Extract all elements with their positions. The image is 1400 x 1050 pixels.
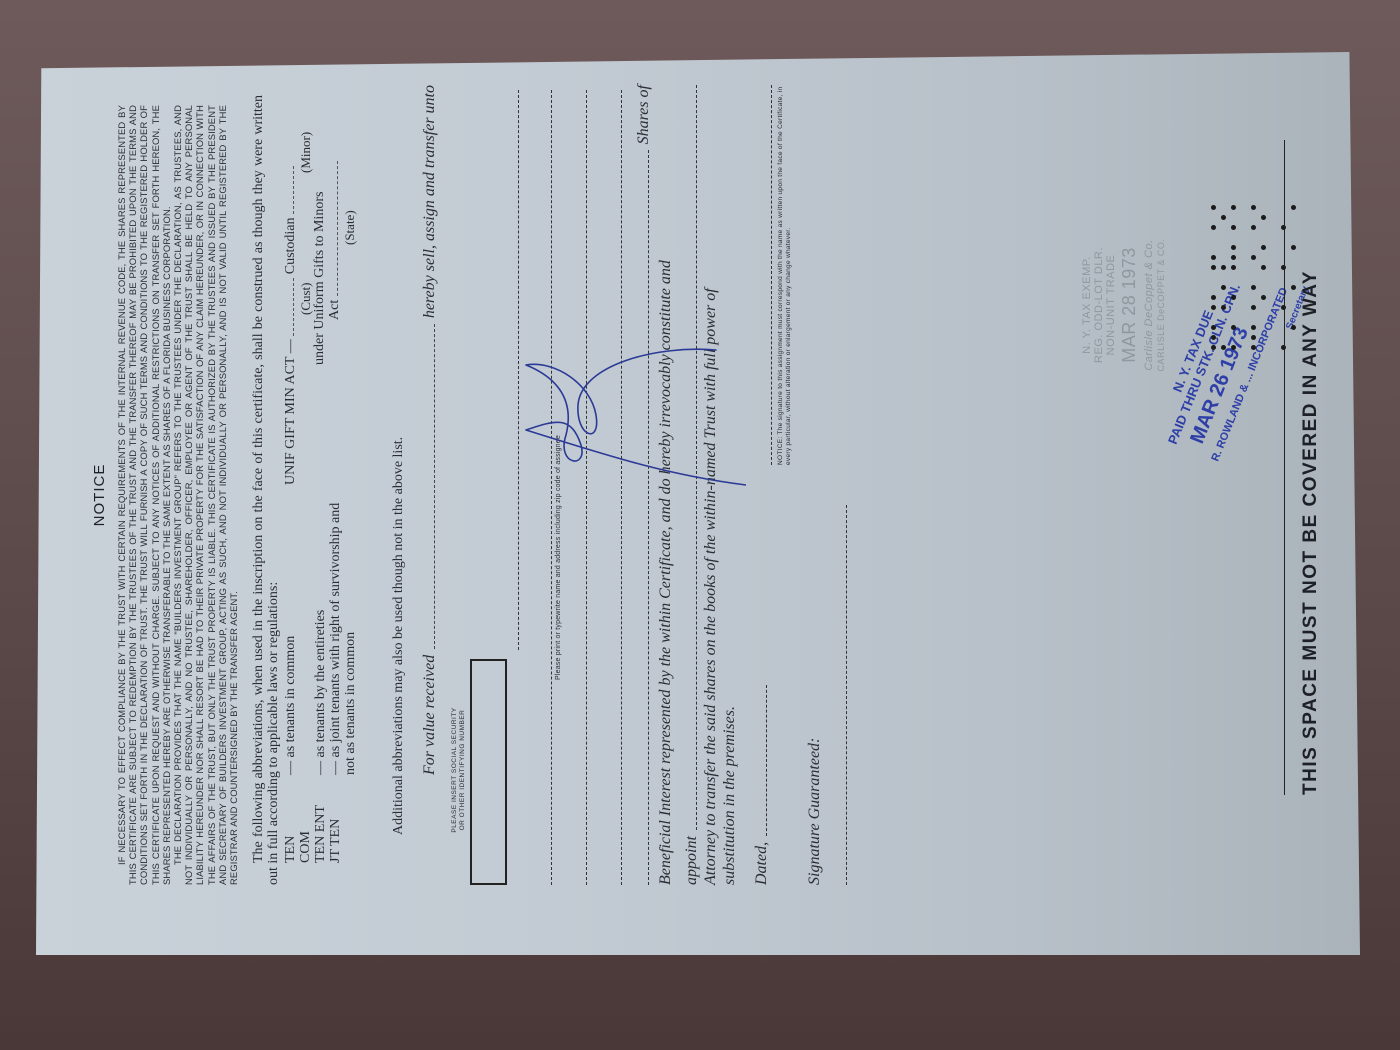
ssn-section: PLEASE INSERT SOCIAL SECURITY OR OTHER I… (451, 655, 507, 885)
signature-notice: NOTICE: The signature to this assignment… (777, 85, 793, 465)
notice-paragraph-2: The Declaration provides that the name "… (172, 105, 239, 885)
guarantor-signature-line[interactable] (846, 505, 847, 885)
ssn-label-1: PLEASE INSERT SOCIAL SECURITY (451, 655, 459, 885)
dated-field[interactable] (766, 685, 767, 836)
stamp-line: NON-UNIT TRADE (1105, 175, 1117, 435)
for-value-label: For value received (421, 655, 439, 775)
abbreviation-meaning: — as tenants in common (283, 485, 313, 801)
abbreviations-table: TEN COM — as tenants in common TEN ENT —… (283, 95, 358, 885)
unif-gift-label: UNIF GIFT MIN ACT — (283, 339, 298, 485)
appoint-label: appoint (683, 836, 701, 885)
stamp-line: N. Y. TAX EXEMP. (1081, 175, 1093, 435)
notice-title: NOTICE (91, 105, 108, 885)
ssn-label-2: OR OTHER IDENTIFYING NUMBER (459, 655, 467, 885)
notice-section: NOTICE If necessary to effect compliance… (91, 105, 239, 885)
abbreviation-code: TEN COM (283, 801, 313, 885)
abbreviation-row: JT TEN — as joint tenants with right of … (328, 485, 358, 885)
dated-label: Dated, (753, 842, 771, 885)
space-warning: THIS SPACE MUST NOT BE COVERED IN ANY WA… (1300, 155, 1322, 795)
abbreviation-row: TEN ENT — as tenants by the entireties (313, 485, 328, 885)
assignment-section: For value received hereby sell, assign a… (421, 85, 981, 885)
shares-of-label: Shares of (635, 85, 653, 144)
abbreviation-row: TEN COM — as tenants in common (283, 485, 313, 885)
cust-label: (Cust) (298, 283, 313, 316)
abbreviation-code: TEN ENT (313, 801, 328, 885)
assignor-signature-line[interactable] (771, 85, 772, 465)
signature-guaranteed-label: Signature Guaranteed: (806, 738, 824, 885)
act-label: Act (327, 300, 342, 320)
unif-gift-section: UNIF GIFT MIN ACT — Custodian (Cust) (Mi… (283, 95, 358, 485)
state-field[interactable] (337, 161, 338, 296)
stamp-firm-signature: Carlisle DeCoppet & Co. (1143, 175, 1155, 435)
abbreviation-code: JT TEN (328, 801, 358, 885)
notice-paragraph-1: If necessary to effect compliance by the… (116, 105, 172, 885)
abbreviation-meaning: — as joint tenants with right of survivo… (328, 485, 358, 801)
abbreviations-intro: The following abbreviations, when used i… (251, 95, 281, 885)
stamp-firm: CARLISLE DeCOPPET & CO. (1155, 175, 1167, 435)
certificate-content: NOTICE If necessary to effect compliance… (36, 52, 1360, 955)
stamp-date: MAR 28 1973 (1119, 175, 1139, 435)
ssn-input-box[interactable] (470, 659, 507, 885)
uniform-gifts-label: under Uniform Gifts to Minors (312, 95, 327, 485)
ny-tax-exempt-stamp: N. Y. TAX EXEMP. REG. ODD-LOT DLR. NON-U… (1081, 175, 1167, 435)
abbreviations-footer: Additional abbreviations may also be use… (391, 95, 406, 835)
handwritten-signature (516, 295, 746, 565)
state-label: (State) (342, 95, 357, 485)
abbreviations-section: The following abbreviations, when used i… (251, 95, 358, 885)
custodian-field[interactable] (293, 278, 294, 336)
for-value-field[interactable] (434, 324, 435, 649)
minor-field[interactable] (293, 166, 294, 214)
stamp-line: REG. ODD-LOT DLR. (1093, 175, 1105, 435)
sell-assign-label: hereby sell, assign and transfer unto (421, 85, 439, 318)
bottom-rule (1284, 140, 1285, 795)
substitution-text: substitution in the premises. (721, 706, 739, 885)
minor-label: (Minor) (298, 132, 313, 173)
abbreviation-meaning: — as tenants by the entireties (313, 485, 328, 801)
custodian-label: Custodian (283, 217, 298, 274)
